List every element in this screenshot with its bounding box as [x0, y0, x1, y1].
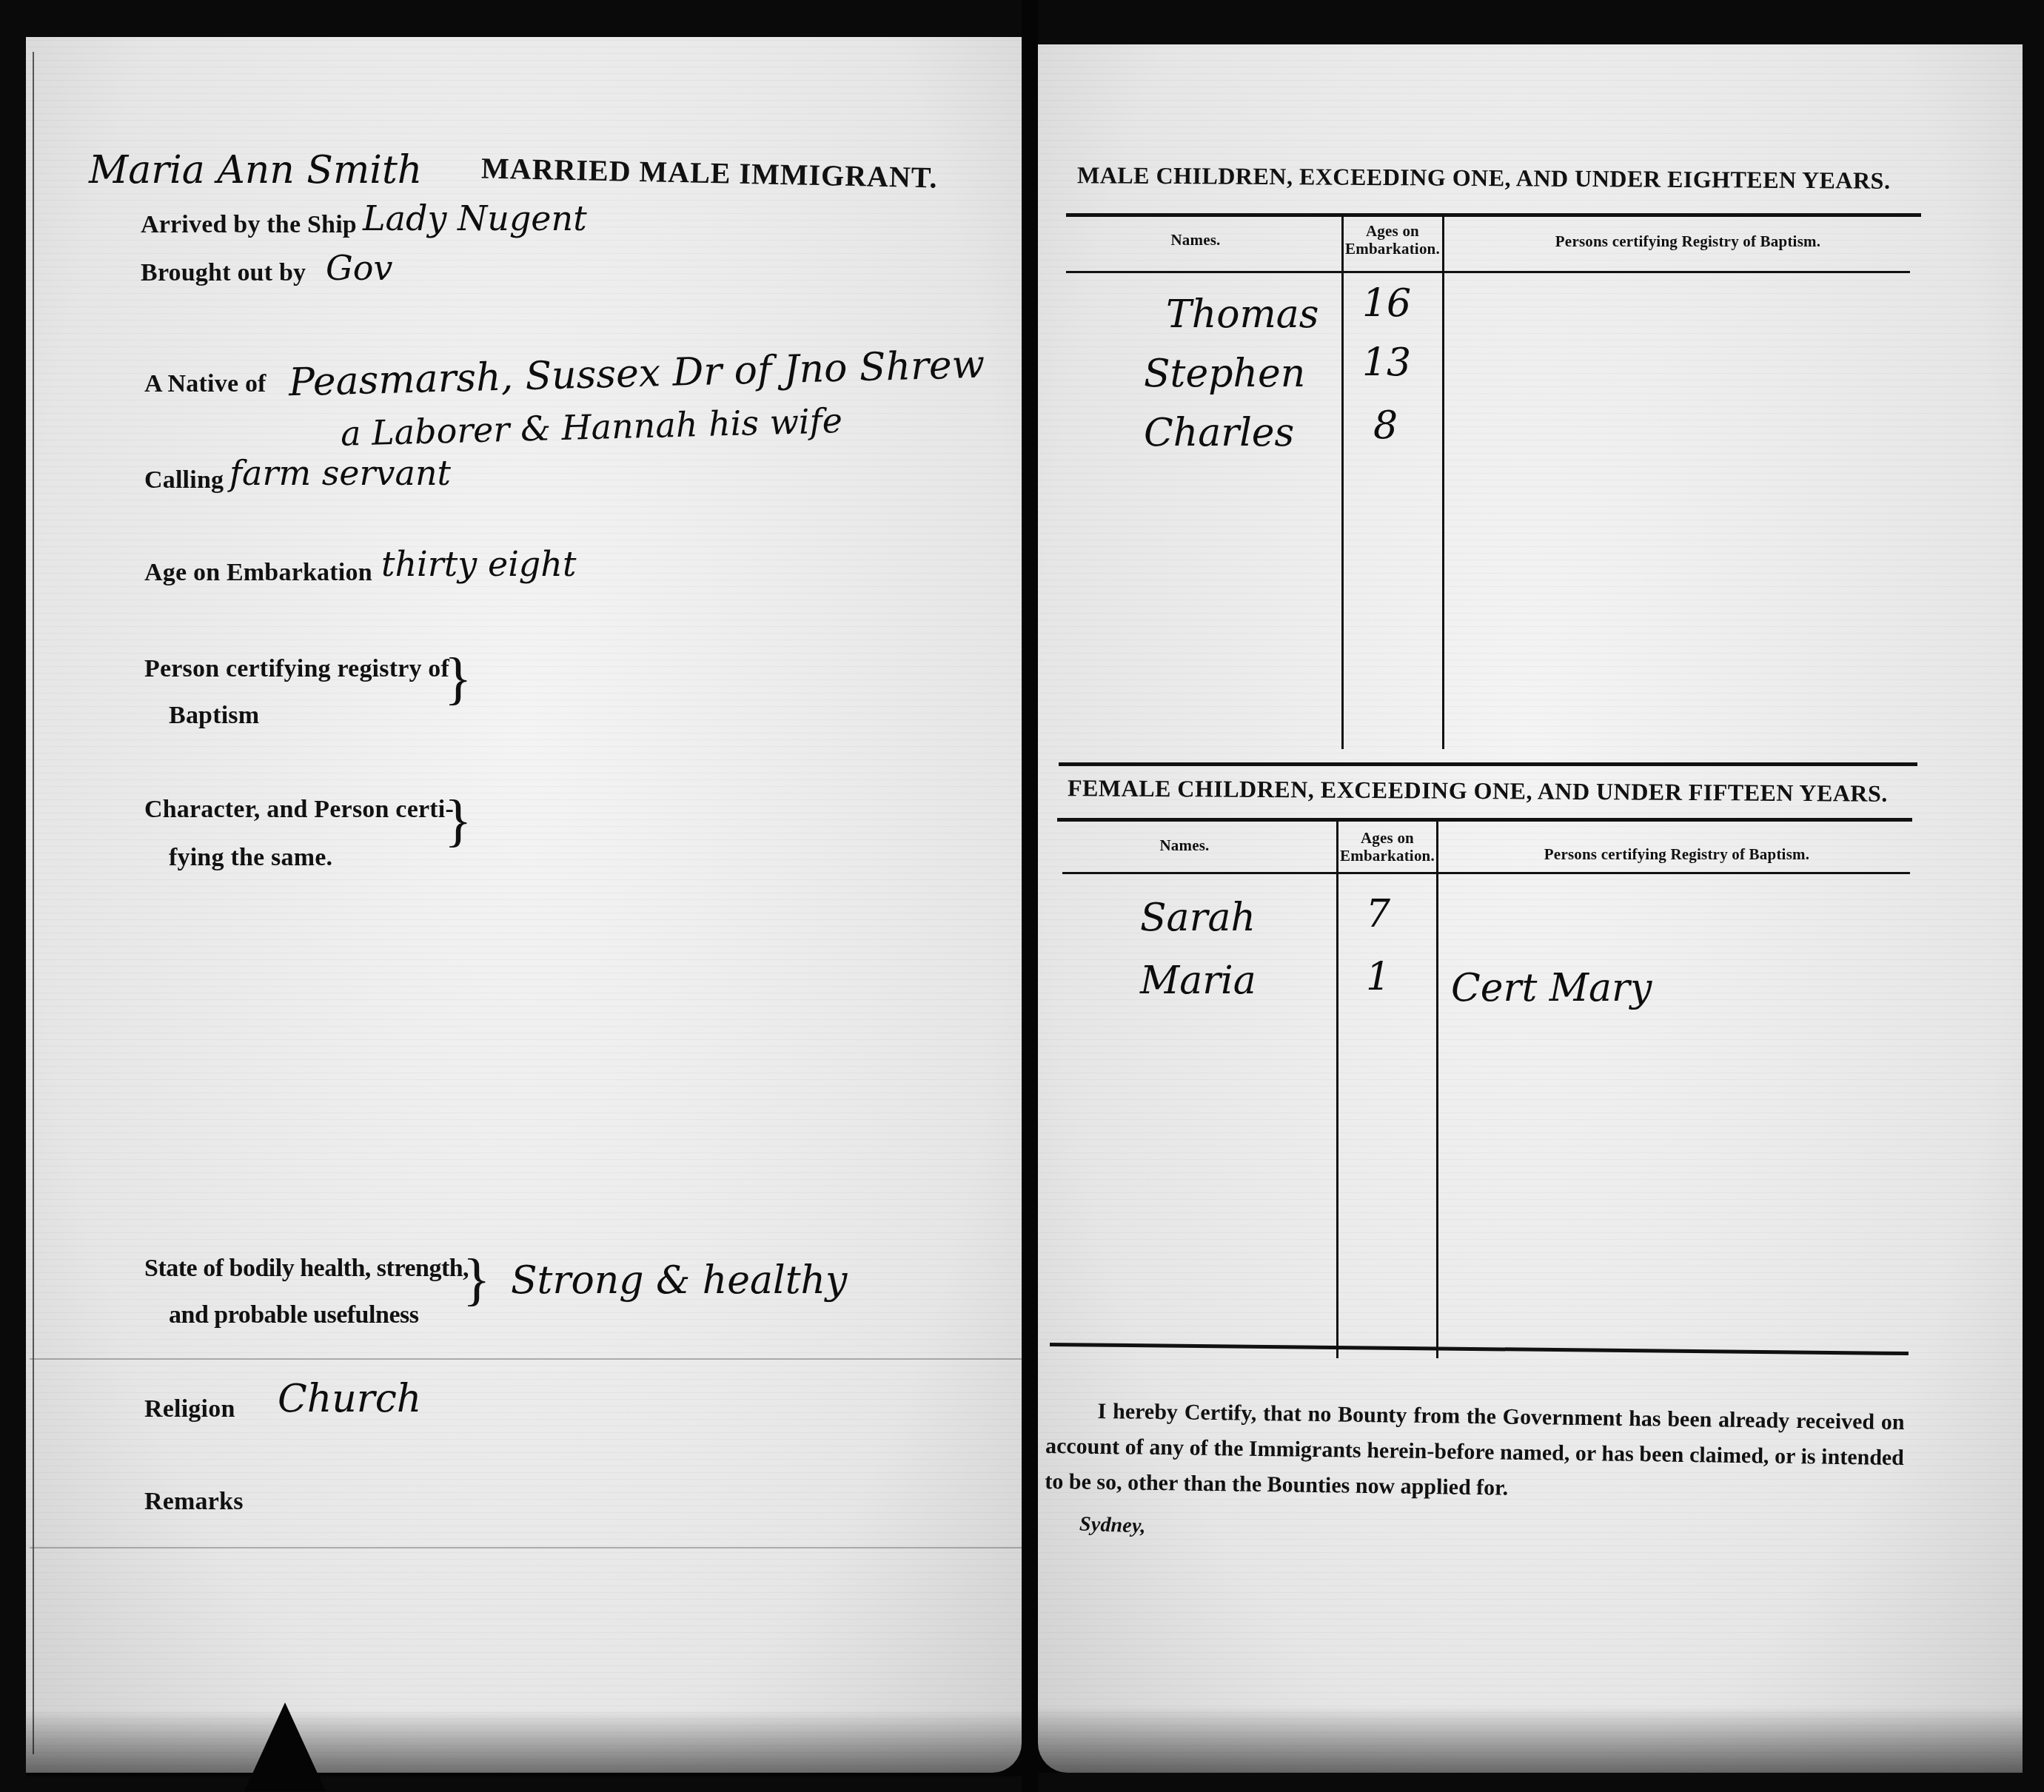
arrived-by-ship-label: Arrived by the Ship — [141, 211, 357, 239]
female-child-age: 1 — [1366, 955, 1390, 999]
religion-label: Religion — [144, 1395, 235, 1423]
brought-out-by-value: Gov — [326, 248, 392, 288]
column-header-names: Names. — [1140, 231, 1251, 249]
age-on-embarkation-label: Age on Embarkation — [144, 559, 372, 587]
certification-place: Sydney, — [1079, 1512, 1146, 1538]
column-header-ages: Ages on Embarkation. — [1336, 829, 1438, 865]
ledger-line — [30, 1547, 1022, 1548]
male-child-age: 16 — [1362, 281, 1411, 326]
book-gutter — [1022, 0, 1038, 1792]
male-child-name: Thomas — [1166, 292, 1318, 337]
table-top-rule — [1057, 818, 1912, 822]
calling-label: Calling — [144, 466, 224, 494]
health-value: Strong & healthy — [511, 1258, 847, 1303]
page-edge-line — [33, 52, 34, 1754]
column-header-names: Names. — [1129, 836, 1240, 854]
ages-line1: Ages on — [1336, 829, 1438, 847]
column-divider — [1436, 822, 1438, 1358]
header-bottom-rule — [1066, 271, 1910, 273]
female-child-name: Maria — [1140, 959, 1256, 1003]
ages-line1: Ages on — [1341, 222, 1444, 240]
column-divider — [1442, 216, 1444, 749]
calling-value: farm servant — [229, 453, 451, 493]
scanned-register-spread: Maria Ann Smith MARRIED MALE IMMIGRANT. … — [0, 0, 2044, 1792]
page-curl-shadow — [26, 1710, 1022, 1776]
ages-line2: Embarkation. — [1336, 847, 1438, 865]
male-child-age: 13 — [1362, 340, 1411, 385]
pen-shadow-icon — [244, 1702, 326, 1791]
religion-value: Church — [278, 1377, 421, 1421]
native-of-label: A Native of — [144, 370, 267, 398]
column-header-baptism: Persons certifying Registry of Baptism. — [1481, 232, 1895, 250]
female-children-title: FEMALE CHILDREN, EXCEEDING ONE, AND UNDE… — [1068, 774, 1888, 808]
column-header-ages: Ages on Embarkation. — [1341, 222, 1444, 258]
male-child-name: Stephen — [1144, 352, 1305, 396]
header-bottom-rule — [1062, 872, 1910, 874]
column-divider — [1336, 822, 1338, 1358]
table-top-rule — [1066, 213, 1921, 217]
brace-icon: } — [463, 1251, 490, 1309]
ledger-line — [30, 1358, 1022, 1360]
character-label-line2: fying the same. — [169, 844, 332, 872]
column-header-baptism: Persons certifying Registry of Baptism. — [1470, 845, 1884, 863]
age-on-embarkation-value: thirty eight — [381, 544, 576, 584]
character-label-line1: Character, and Person certi- — [144, 796, 454, 824]
female-child-baptism-cert: Cert Mary — [1451, 966, 1652, 1010]
female-child-name: Sarah — [1140, 896, 1256, 940]
remarks-label: Remarks — [144, 1488, 244, 1516]
page-curl-shadow — [1038, 1706, 2023, 1773]
male-child-age: 8 — [1373, 403, 1398, 448]
column-divider — [1341, 216, 1344, 749]
brace-icon: } — [444, 650, 472, 708]
baptism-registry-label-line2: Baptism — [169, 702, 259, 730]
brought-out-by-label: Brought out by — [141, 259, 306, 287]
ages-line2: Embarkation. — [1341, 240, 1444, 258]
female-child-age: 7 — [1366, 892, 1390, 936]
certification-paragraph: I hereby Certify, that no Bounty from th… — [1045, 1393, 1905, 1511]
brace-icon: } — [444, 792, 472, 850]
male-children-title: MALE CHILDREN, EXCEEDING ONE, AND UNDER … — [1077, 161, 1891, 195]
baptism-registry-label-line1: Person certifying registry of — [144, 655, 449, 683]
section-divider-rule — [1059, 762, 1917, 766]
ship-name-value: Lady Nugent — [363, 198, 587, 238]
male-child-name: Charles — [1144, 411, 1294, 455]
health-label-line2: and probable usefulness — [169, 1301, 418, 1329]
immigrant-name-handwritten: Maria Ann Smith — [89, 148, 422, 192]
health-label-line1: State of bodily health, strength, — [144, 1255, 469, 1283]
